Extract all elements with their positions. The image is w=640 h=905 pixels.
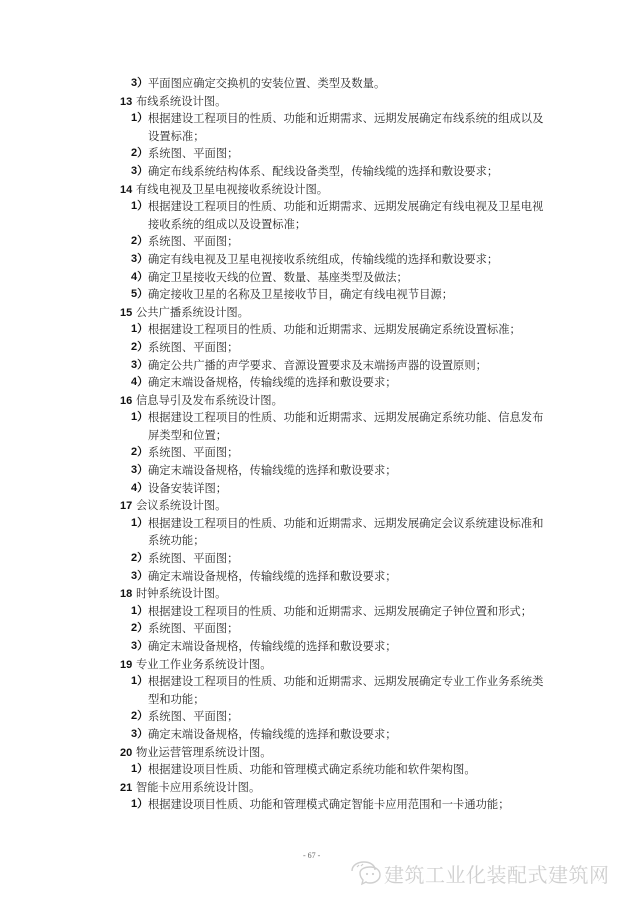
- list-item: 3）确定布线系统结构体系、配线设备类型，传输线缆的选择和敷设要求；: [0, 163, 640, 181]
- item-marker: 3）: [131, 568, 148, 586]
- list-item: 2）系统图、平面图；: [0, 550, 640, 568]
- list-item: 1）根据建设工程项目的性质、功能和近期需求、远期发展确定子钟位置和形式；: [0, 603, 640, 621]
- list-item-continuation: 型和功能；: [0, 691, 640, 709]
- list-item: 3）确定公共广播的声学要求、音源设置要求及末端扬声器的设置原则；: [0, 357, 640, 375]
- list-item: 3） 平面图应确定交换机的安装位置、类型及数量。: [0, 75, 640, 93]
- section-title: 物业运营管理系统设计图。: [136, 746, 272, 759]
- item-marker: 3）: [131, 75, 148, 93]
- item-text: 根据建设工程项目的性质、功能和近期需求、远期发展确定有线电视及卫星电视: [148, 200, 543, 213]
- section-title: 会议系统设计图。: [136, 499, 226, 512]
- section-heading: 21智能卡应用系统设计图。: [0, 779, 640, 797]
- item-text: 确定接收卫星的名称及卫星接收节目，确定有线电视节目源；: [148, 288, 453, 301]
- section-title: 布线系统设计图。: [136, 95, 226, 108]
- section-title: 智能卡应用系统设计图。: [136, 781, 260, 794]
- list-item: 4）设备安装详图；: [0, 480, 640, 498]
- section-number: 18: [120, 586, 136, 604]
- item-marker: 1）: [131, 409, 148, 427]
- item-text: 根据建设工程项目的性质、功能和近期需求、远期发展确定专业工作业务系统类: [148, 675, 543, 688]
- item-marker: 1）: [131, 603, 148, 621]
- item-text: 根据建设工程项目的性质、功能和近期需求、远期发展确定系统设置标准；: [148, 323, 521, 336]
- item-text: 根据建设项目性质、功能和管理模式确定智能卡应用范围和一卡通功能；: [148, 798, 510, 811]
- section-heading: 17会议系统设计图。: [0, 497, 640, 515]
- item-text: 确定公共广播的声学要求、音源设置要求及末端扬声器的设置原则；: [148, 359, 487, 372]
- section-heading: 19专业工作业务系统设计图。: [0, 656, 640, 674]
- item-marker: 1）: [131, 515, 148, 533]
- item-text: 根据建设工程项目的性质、功能和近期需求、远期发展确定子钟位置和形式；: [148, 605, 532, 618]
- item-marker: 2）: [131, 339, 148, 357]
- section-heading: 18时钟系统设计图。: [0, 585, 640, 603]
- item-text: 确定卫星接收天线的位置、数量、基座类型及做法；: [148, 271, 408, 284]
- item-text: 确定末端设备规格，传输线缆的选择和敷设要求；: [148, 570, 397, 583]
- item-text: 设置标准；: [148, 130, 205, 143]
- list-item: 2）系统图、平面图；: [0, 233, 640, 251]
- item-marker: 2）: [131, 444, 148, 462]
- item-text: 确定末端设备规格，传输线缆的选择和敷设要求；: [148, 376, 397, 389]
- list-item: 3）确定末端设备规格，传输线缆的选择和敷设要求；: [0, 638, 640, 656]
- list-item: 2）系统图、平面图；: [0, 620, 640, 638]
- page-number: - 67 -: [303, 851, 320, 860]
- item-marker: 1）: [131, 796, 148, 814]
- item-marker: 5）: [131, 286, 148, 304]
- section-number: 13: [120, 94, 136, 112]
- list-item: 1）根据建设工程项目的性质、功能和近期需求、远期发展确定系统设置标准；: [0, 321, 640, 339]
- list-item: 1）根据建设项目性质、功能和管理模式确定智能卡应用范围和一卡通功能；: [0, 796, 640, 814]
- section-title: 专业工作业务系统设计图。: [136, 658, 272, 671]
- item-text: 确定末端设备规格，传输线缆的选择和敷设要求；: [148, 464, 397, 477]
- section-heading: 16信息导引及发布系统设计图。: [0, 392, 640, 410]
- list-item: 1）根据建设工程项目的性质、功能和近期需求、远期发展确定会议系统建设标准和: [0, 515, 640, 533]
- item-marker: 4）: [131, 480, 148, 498]
- item-marker: 3）: [131, 163, 148, 181]
- section-number: 21: [120, 780, 136, 798]
- item-text: 根据建设工程项目的性质、功能和近期需求、远期发展确定系统功能、信息发布: [148, 411, 543, 424]
- wechat-icon: [348, 859, 382, 887]
- section-heading: 13布线系统设计图。: [0, 93, 640, 111]
- section-number: 20: [120, 745, 136, 763]
- item-marker: 3）: [131, 726, 148, 744]
- list-item: 2）系统图、平面图；: [0, 708, 640, 726]
- section-heading: 20物业运营管理系统设计图。: [0, 744, 640, 762]
- item-marker: 4）: [131, 374, 148, 392]
- section-title: 信息导引及发布系统设计图。: [136, 394, 283, 407]
- item-text: 系统功能；: [148, 534, 205, 547]
- item-marker: 3）: [131, 357, 148, 375]
- item-text: 确定布线系统结构体系、配线设备类型，传输线缆的选择和敷设要求；: [148, 165, 498, 178]
- item-text: 根据建设工程项目的性质、功能和近期需求、远期发展确定布线系统的组成以及: [148, 112, 543, 125]
- item-text: 根据建设项目性质、功能和管理模式确定系统功能和软件架构图。: [148, 763, 476, 776]
- list-item-continuation: 接收系统的组成以及设置标准；: [0, 216, 640, 234]
- item-marker: 1）: [131, 321, 148, 339]
- item-text: 平面图应确定交换机的安装位置、类型及数量。: [148, 77, 385, 90]
- item-marker: 2）: [131, 145, 148, 163]
- item-text: 系统图、平面图；: [148, 147, 238, 160]
- item-text: 确定末端设备规格，传输线缆的选择和敷设要求；: [148, 640, 397, 653]
- item-marker: 1）: [131, 198, 148, 216]
- item-text: 确定有线电视及卫星电视接收系统组成，传输线缆的选择和敷设要求；: [148, 253, 498, 266]
- list-item: 2）系统图、平面图；: [0, 444, 640, 462]
- list-item: 4）确定卫星接收天线的位置、数量、基座类型及做法；: [0, 269, 640, 287]
- section-heading: 14有线电视及卫星电视接收系统设计图。: [0, 181, 640, 199]
- item-text: 根据建设工程项目的性质、功能和近期需求、远期发展确定会议系统建设标准和: [148, 517, 543, 530]
- section-title: 公共广播系统设计图。: [136, 306, 249, 319]
- item-marker: 1）: [131, 761, 148, 779]
- item-marker: 1）: [131, 673, 148, 691]
- watermark-text: 建筑工业化装配式建筑网: [384, 859, 610, 888]
- list-item-continuation: 设置标准；: [0, 128, 640, 146]
- item-marker: 1）: [131, 110, 148, 128]
- item-text: 系统图、平面图；: [148, 235, 238, 248]
- item-text: 接收系统的组成以及设置标准；: [148, 218, 306, 231]
- list-item: 1）根据建设工程项目的性质、功能和近期需求、远期发展确定系统功能、信息发布: [0, 409, 640, 427]
- section-title: 时钟系统设计图。: [136, 587, 226, 600]
- section-number: 19: [120, 657, 136, 675]
- item-marker: 3）: [131, 251, 148, 269]
- list-item-continuation: 屏类型和位置；: [0, 427, 640, 445]
- list-item: 3）确定末端设备规格，传输线缆的选择和敷设要求；: [0, 462, 640, 480]
- item-marker: 2）: [131, 550, 148, 568]
- list-item: 1）根据建设工程项目的性质、功能和近期需求、远期发展确定有线电视及卫星电视: [0, 198, 640, 216]
- item-text: 系统图、平面图；: [148, 446, 238, 459]
- list-item: 1）根据建设工程项目的性质、功能和近期需求、远期发展确定布线系统的组成以及: [0, 110, 640, 128]
- list-item: 5）确定接收卫星的名称及卫星接收节目，确定有线电视节目源；: [0, 286, 640, 304]
- item-text: 系统图、平面图；: [148, 622, 238, 635]
- watermark: 建筑工业化装配式建筑网: [348, 858, 610, 888]
- item-text: 型和功能；: [148, 693, 205, 706]
- list-item: 2）系统图、平面图；: [0, 339, 640, 357]
- section-title: 有线电视及卫星电视接收系统设计图。: [136, 183, 328, 196]
- list-item: 3）确定有线电视及卫星电视接收系统组成，传输线缆的选择和敷设要求；: [0, 251, 640, 269]
- list-item: 1）根据建设工程项目的性质、功能和近期需求、远期发展确定专业工作业务系统类: [0, 673, 640, 691]
- section-number: 14: [120, 182, 136, 200]
- list-item-continuation: 系统功能；: [0, 532, 640, 550]
- section-number: 17: [120, 498, 136, 516]
- item-marker: 2）: [131, 233, 148, 251]
- document-body: 3） 平面图应确定交换机的安装位置、类型及数量。 13布线系统设计图。 1）根据…: [0, 75, 640, 814]
- item-marker: 2）: [131, 620, 148, 638]
- list-item: 2）系统图、平面图；: [0, 145, 640, 163]
- item-marker: 3）: [131, 638, 148, 656]
- item-text: 确定末端设备规格，传输线缆的选择和敷设要求；: [148, 728, 397, 741]
- item-text: 系统图、平面图；: [148, 552, 238, 565]
- item-text: 系统图、平面图；: [148, 710, 238, 723]
- item-marker: 4）: [131, 269, 148, 287]
- item-text: 设备安装详图；: [148, 482, 227, 495]
- section-heading: 15公共广播系统设计图。: [0, 304, 640, 322]
- list-item: 3）确定末端设备规格，传输线缆的选择和敷设要求；: [0, 568, 640, 586]
- section-number: 15: [120, 305, 136, 323]
- item-marker: 2）: [131, 708, 148, 726]
- section-number: 16: [120, 393, 136, 411]
- list-item: 1）根据建设项目性质、功能和管理模式确定系统功能和软件架构图。: [0, 761, 640, 779]
- item-text: 屏类型和位置；: [148, 429, 227, 442]
- item-text: 系统图、平面图；: [148, 341, 238, 354]
- list-item: 3）确定末端设备规格，传输线缆的选择和敷设要求；: [0, 726, 640, 744]
- item-marker: 3）: [131, 462, 148, 480]
- list-item: 4）确定末端设备规格，传输线缆的选择和敷设要求；: [0, 374, 640, 392]
